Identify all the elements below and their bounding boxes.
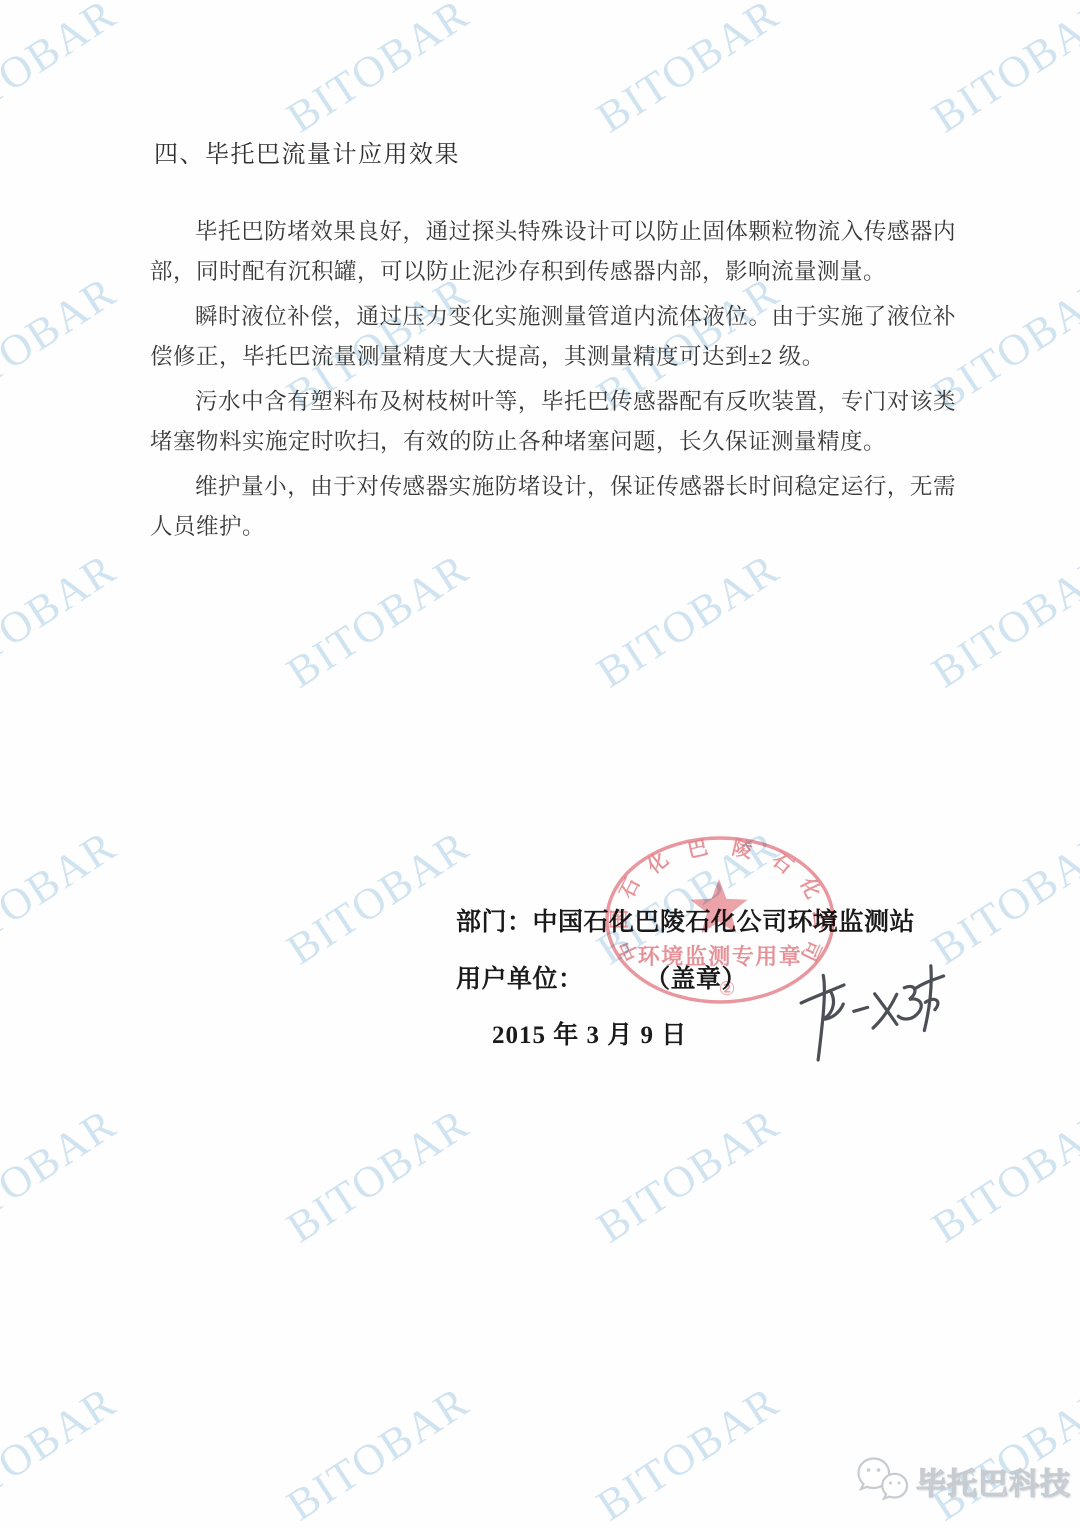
svg-text:石: 石 [615,874,644,902]
bitobar-watermark: BITOBAR [278,1098,478,1253]
signature [788,958,958,1068]
svg-text:化: 化 [642,848,673,879]
bitobar-watermark: BITOBAR [0,1376,125,1528]
bitobar-watermark: BITOBAR [588,543,788,698]
bitobar-watermark: BITOBAR [0,0,125,143]
svg-text:陵: 陵 [730,835,755,863]
document-body: 毕托巴防堵效果良好，通过探头特殊设计可以防止固体颗粒物流入传感器内部，同时配有沉… [150,212,956,552]
paragraph: 维护量小，由于对传感器实施防堵设计，保证传感器长时间稳定运行，无需人员维护。 [150,467,956,547]
bitobar-watermark: BITOBAR [923,0,1080,143]
date-line: 2015 年 3 月 9 日 [492,1015,687,1051]
bitobar-watermark: BITOBAR [588,1098,788,1253]
stamp-star-icon [691,879,748,933]
scanned-document-page: BITOBARBITOBARBITOBARBITOBARBITOBARBITOB… [0,0,1080,1528]
bitobar-watermark: BITOBAR [278,543,478,698]
svg-text:国: 国 [608,909,631,929]
bitobar-watermark: BITOBAR [588,0,788,143]
footer-logo-text: 毕托巴科技 [916,1459,1071,1503]
bitobar-watermark: BITOBAR [278,0,478,143]
bitobar-watermark: BITOBAR [0,820,125,975]
paragraph: 污水中含有塑料布及树枝树叶等，毕托巴传感器配有反吹装置，专门对该类堵塞物料实施定… [150,382,956,462]
bitobar-watermark: BITOBAR [278,1376,478,1528]
svg-text:化: 化 [795,873,825,902]
bitobar-watermark: BITOBAR [588,1376,788,1528]
stamp-center-text: 环境监测专用章 [638,944,803,969]
bitobar-watermark: BITOBAR [923,820,1080,975]
bitobar-watermark: BITOBAR [278,820,478,975]
stamp-number: ② [718,979,735,1000]
bitobar-watermark: BITOBAR [923,1098,1080,1253]
section-title: 四、毕托巴流量计应用效果 [154,134,460,169]
bitobar-watermark: BITOBAR [0,266,125,421]
svg-text:石: 石 [767,848,797,878]
svg-text:公: 公 [809,909,832,930]
bitobar-watermark: BITOBAR [923,543,1080,698]
bitobar-watermark: BITOBAR [0,543,125,698]
paragraph: 毕托巴防堵效果良好，通过探头特殊设计可以防止固体颗粒物流入传感器内部，同时配有沉… [150,212,956,292]
user-unit-label: 用户单位： [456,959,584,995]
wechat-icon [856,1456,910,1506]
footer-logo: 毕托巴科技 [856,1456,1071,1506]
paragraph: 瞬时液位补偿，通过压力变化实施测量管道内流体液位。由于实施了液位补偿修正，毕托巴… [150,297,956,377]
bitobar-watermark: BITOBAR [0,1098,125,1253]
svg-text:巴: 巴 [686,837,710,863]
